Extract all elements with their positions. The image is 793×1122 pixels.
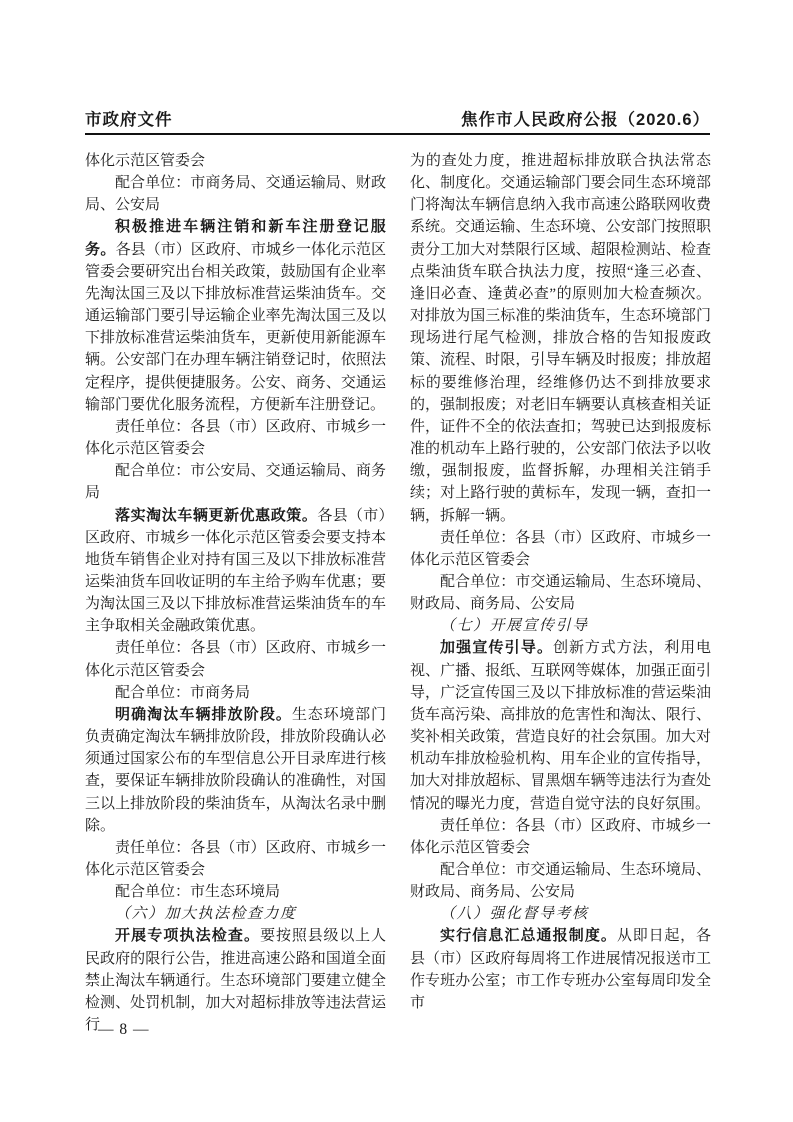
header-divider — [85, 133, 710, 135]
text-run-normal: 创新方式方法，利用电视、广播、报纸、互联网等媒体，加强正面引导，广泛宣传国三及以… — [410, 640, 711, 811]
paragraph: 责任单位：各县（市）区政府、市城乡一体化示范区管委会 — [85, 637, 386, 681]
header-right-title: 焦作市人民政府公报（2020.6） — [461, 106, 710, 130]
text-run-normal: 各县（市）区政府、市城乡一体化示范区管委会要研究出台相关政策，鼓励国有企业率先淘… — [85, 242, 386, 413]
text-run-bold: 明确淘汰车辆排放阶段。 — [115, 707, 292, 723]
paragraph: （六）加大执法检查力度 — [85, 903, 386, 925]
paragraph: 体化示范区管委会 — [85, 150, 386, 172]
text-run-bold: 开展专项执法检查。 — [115, 928, 260, 944]
text-run-normal: 体化示范区管委会 — [85, 153, 205, 169]
paragraph: 配合单位：市生态环境局 — [85, 881, 386, 903]
paragraph: 配合单位：市商务局、交通运输局、财政局、公安局 — [85, 172, 386, 216]
text-run-normal: 责任单位：各县（市）区政府、市城乡一体化示范区管委会 — [410, 530, 711, 568]
paragraph: 开展专项执法检查。要按照县级以上人民政府的限行公告，推进高速公路和国道全面禁止淘… — [85, 925, 386, 1036]
text-run-normal: 责任单位：各县（市）区政府、市城乡一体化示范区管委会 — [85, 840, 386, 878]
paragraph: 明确淘汰车辆排放阶段。生态环境部门负责确定淘汰车辆排放阶段，排放阶段确认必须通过… — [85, 704, 386, 837]
paragraph: 配合单位：市公安局、交通运输局、商务局 — [85, 460, 386, 504]
paragraph: （七）开展宣传引导 — [410, 615, 711, 637]
paragraph: 责任单位：各县（市）区政府、市城乡一体化示范区管委会 — [410, 527, 711, 571]
paragraph: 责任单位：各县（市）区政府、市城乡一体化示范区管委会 — [85, 416, 386, 460]
text-run-normal: 责任单位：各县（市）区政府、市城乡一体化示范区管委会 — [410, 818, 711, 856]
paragraph: 责任单位：各县（市）区政府、市城乡一体化示范区管委会 — [410, 815, 711, 859]
text-run-normal: 配合单位：市公安局、交通运输局、商务局 — [85, 463, 386, 501]
text-run-kaiti: （七）开展宣传引导 — [440, 618, 589, 634]
text-run-normal: 责任单位：各县（市）区政府、市城乡一体化示范区管委会 — [85, 640, 386, 678]
paragraph: 配合单位：市交通运输局、生态环境局、财政局、商务局、公安局 — [410, 859, 711, 903]
text-column-right: 为的查处力度，推进超标排放联合执法常态化、制度化。交通运输部门要会同生态环境部门… — [410, 150, 711, 1014]
text-column-left: 体化示范区管委会配合单位：市商务局、交通运输局、财政局、公安局积极推进车辆注销和… — [85, 150, 386, 1036]
text-run-bold: 实行信息汇总通报制度。 — [440, 928, 617, 944]
text-run-kaiti: （六）加大执法检查力度 — [115, 906, 297, 922]
text-run-normal: 为的查处力度，推进超标排放联合执法常态化、制度化。交通运输部门要会同生态环境部门… — [410, 153, 711, 524]
text-run-normal: 配合单位：市交通运输局、生态环境局、财政局、商务局、公安局 — [410, 862, 711, 900]
text-run-bold: 加强宣传引导。 — [440, 640, 553, 656]
header-left-title: 市政府文件 — [85, 106, 173, 130]
text-run-normal: 各县（市）区政府、市城乡一体化示范区管委会要支持本地货车销售企业对持有国三及以下… — [85, 508, 386, 635]
text-run-kaiti: （八）强化督导考核 — [440, 906, 589, 922]
paragraph: 为的查处力度，推进超标排放联合执法常态化、制度化。交通运输部门要会同生态环境部门… — [410, 150, 711, 527]
text-run-normal: 配合单位：市生态环境局 — [115, 884, 280, 900]
paragraph: （八）强化督导考核 — [410, 903, 711, 925]
text-run-normal: 配合单位：市商务局、交通运输局、财政局、公安局 — [85, 175, 386, 213]
text-run-normal: 配合单位：市商务局 — [115, 685, 250, 701]
page-number: — 8 — — [98, 1021, 150, 1039]
paragraph: 配合单位：市交通运输局、生态环境局、财政局、商务局、公安局 — [410, 571, 711, 615]
text-run-normal: 责任单位：各县（市）区政府、市城乡一体化示范区管委会 — [85, 419, 386, 457]
paragraph: 加强宣传引导。创新方式方法，利用电视、广播、报纸、互联网等媒体，加强正面引导，广… — [410, 637, 711, 814]
paragraph: 落实淘汰车辆更新优惠政策。各县（市）区政府、市城乡一体化示范区管委会要支持本地货… — [85, 505, 386, 638]
text-run-bold: 落实淘汰车辆更新优惠政策。 — [115, 508, 317, 524]
paragraph: 责任单位：各县（市）区政府、市城乡一体化示范区管委会 — [85, 837, 386, 881]
page-header: 市政府文件 焦作市人民政府公报（2020.6） — [85, 106, 710, 130]
paragraph: 实行信息汇总通报制度。从即日起，各县（市）区政府每周将工作进展情况报送市工作专班… — [410, 925, 711, 1014]
paragraph: 积极推进车辆注销和新车注册登记服务。各县（市）区政府、市城乡一体化示范区管委会要… — [85, 216, 386, 415]
text-run-normal: 生态环境部门负责确定淘汰车辆排放阶段，排放阶段确认必须通过国家公布的车型信息公开… — [85, 707, 386, 834]
text-run-normal: 配合单位：市交通运输局、生态环境局、财政局、商务局、公安局 — [410, 574, 711, 612]
gazette-page: 市政府文件 焦作市人民政府公报（2020.6） 体化示范区管委会配合单位：市商务… — [0, 0, 793, 1122]
paragraph: 配合单位：市商务局 — [85, 682, 386, 704]
